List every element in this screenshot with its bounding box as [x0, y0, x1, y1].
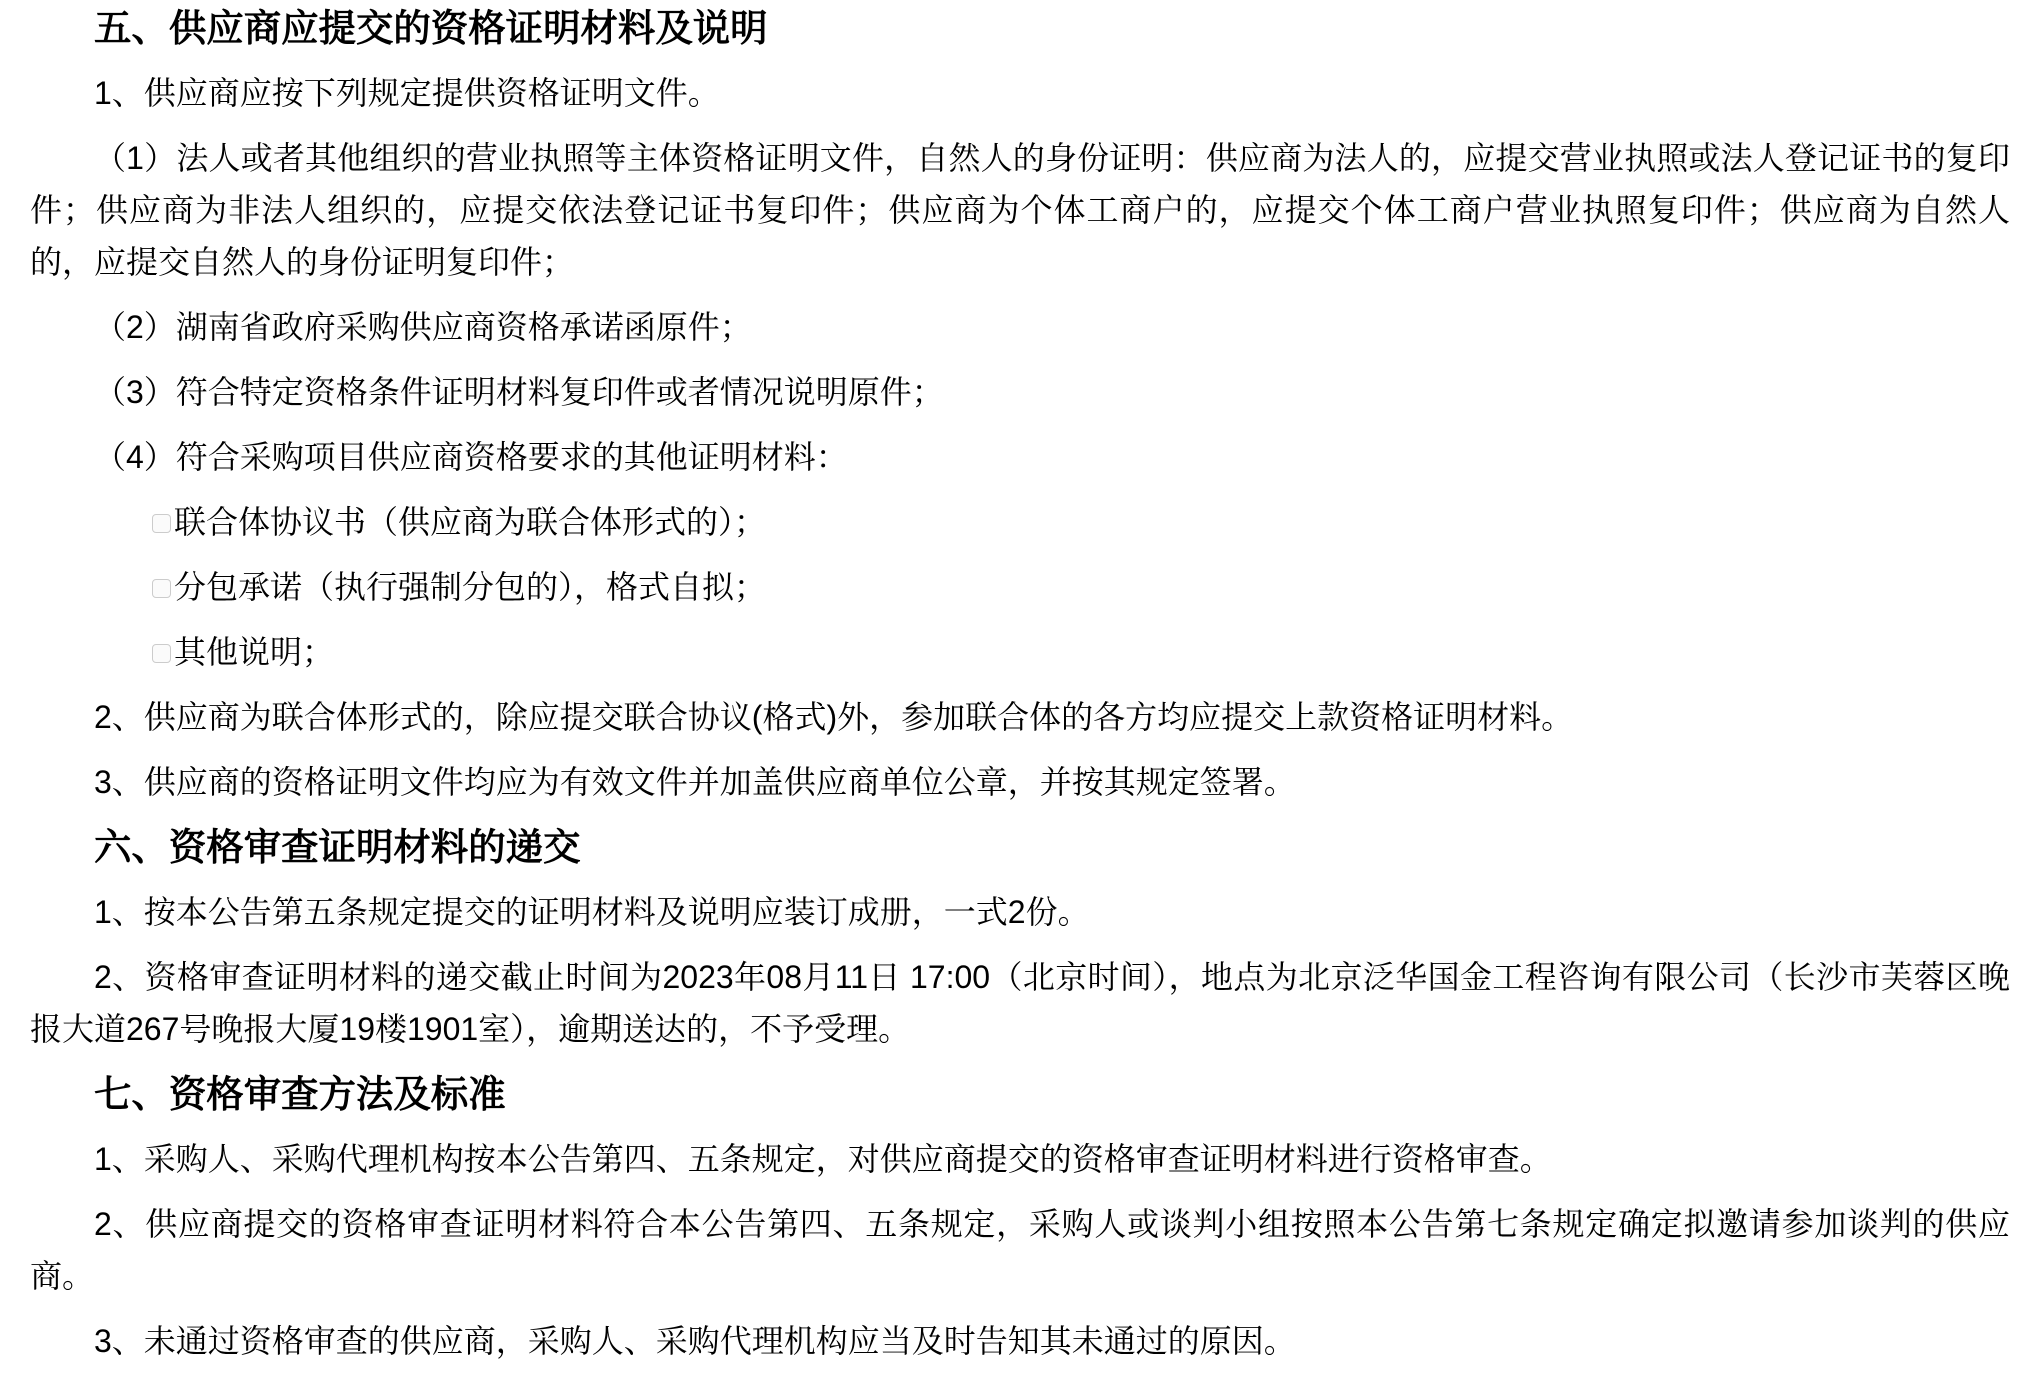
checkbox-other-notes-label: 其他说明；	[174, 634, 334, 670]
section7-heading: 七、资格审查方法及标准	[30, 1068, 2010, 1120]
checkbox-row-subcontract-commitment: 分包承诺（执行强制分包的），格式自拟；	[30, 561, 2010, 613]
checkbox-joint-venture-agreement-icon[interactable]	[152, 514, 171, 533]
document-page: 五、供应商应提交的资格证明材料及说明 1、供应商应按下列规定提供资格证明文件。 …	[0, 0, 2024, 1396]
section5-para-3: 3、供应商的资格证明文件均应为有效文件并加盖供应商单位公章，并按其规定签署。	[30, 756, 2010, 808]
section6-heading: 六、资格审查证明材料的递交	[30, 821, 2010, 873]
checkbox-joint-venture-agreement-label: 联合体协议书（供应商为联合体形式的）；	[174, 504, 766, 540]
checkbox-row-other-notes: 其他说明；	[30, 626, 2010, 678]
section5-para-1-item-4: （4）符合采购项目供应商资格要求的其他证明材料：	[30, 431, 2010, 483]
section6-para-1: 1、按本公告第五条规定提交的证明材料及说明应装订成册，一式2份。	[30, 886, 2010, 938]
checkbox-other-notes-icon[interactable]	[152, 644, 171, 663]
section7-para-2: 2、供应商提交的资格审查证明材料符合本公告第四、五条规定，采购人或谈判小组按照本…	[30, 1198, 2010, 1302]
section5-para-1: 1、供应商应按下列规定提供资格证明文件。	[30, 67, 2010, 119]
section5-heading: 五、供应商应提交的资格证明材料及说明	[30, 2, 2010, 54]
section6-para-2: 2、资格审查证明材料的递交截止时间为2023年08月11日 17:00（北京时间…	[30, 951, 2010, 1055]
checkbox-row-joint-venture-agreement: 联合体协议书（供应商为联合体形式的）；	[30, 496, 2010, 548]
section7-para-3: 3、未通过资格审查的供应商，采购人、采购代理机构应当及时告知其未通过的原因。	[30, 1315, 2010, 1367]
section7-para-1: 1、采购人、采购代理机构按本公告第四、五条规定，对供应商提交的资格审查证明材料进…	[30, 1133, 2010, 1185]
checkbox-subcontract-commitment-label: 分包承诺（执行强制分包的），格式自拟；	[174, 569, 766, 605]
section5-para-2: 2、供应商为联合体形式的，除应提交联合协议(格式)外，参加联合体的各方均应提交上…	[30, 691, 2010, 743]
checkbox-subcontract-commitment-icon[interactable]	[152, 579, 171, 598]
section5-para-1-item-2: （2）湖南省政府采购供应商资格承诺函原件；	[30, 301, 2010, 353]
section5-para-1-item-1: （1）法人或者其他组织的营业执照等主体资格证明文件，自然人的身份证明：供应商为法…	[30, 132, 2010, 288]
section5-para-1-item-3: （3）符合特定资格条件证明材料复印件或者情况说明原件；	[30, 366, 2010, 418]
